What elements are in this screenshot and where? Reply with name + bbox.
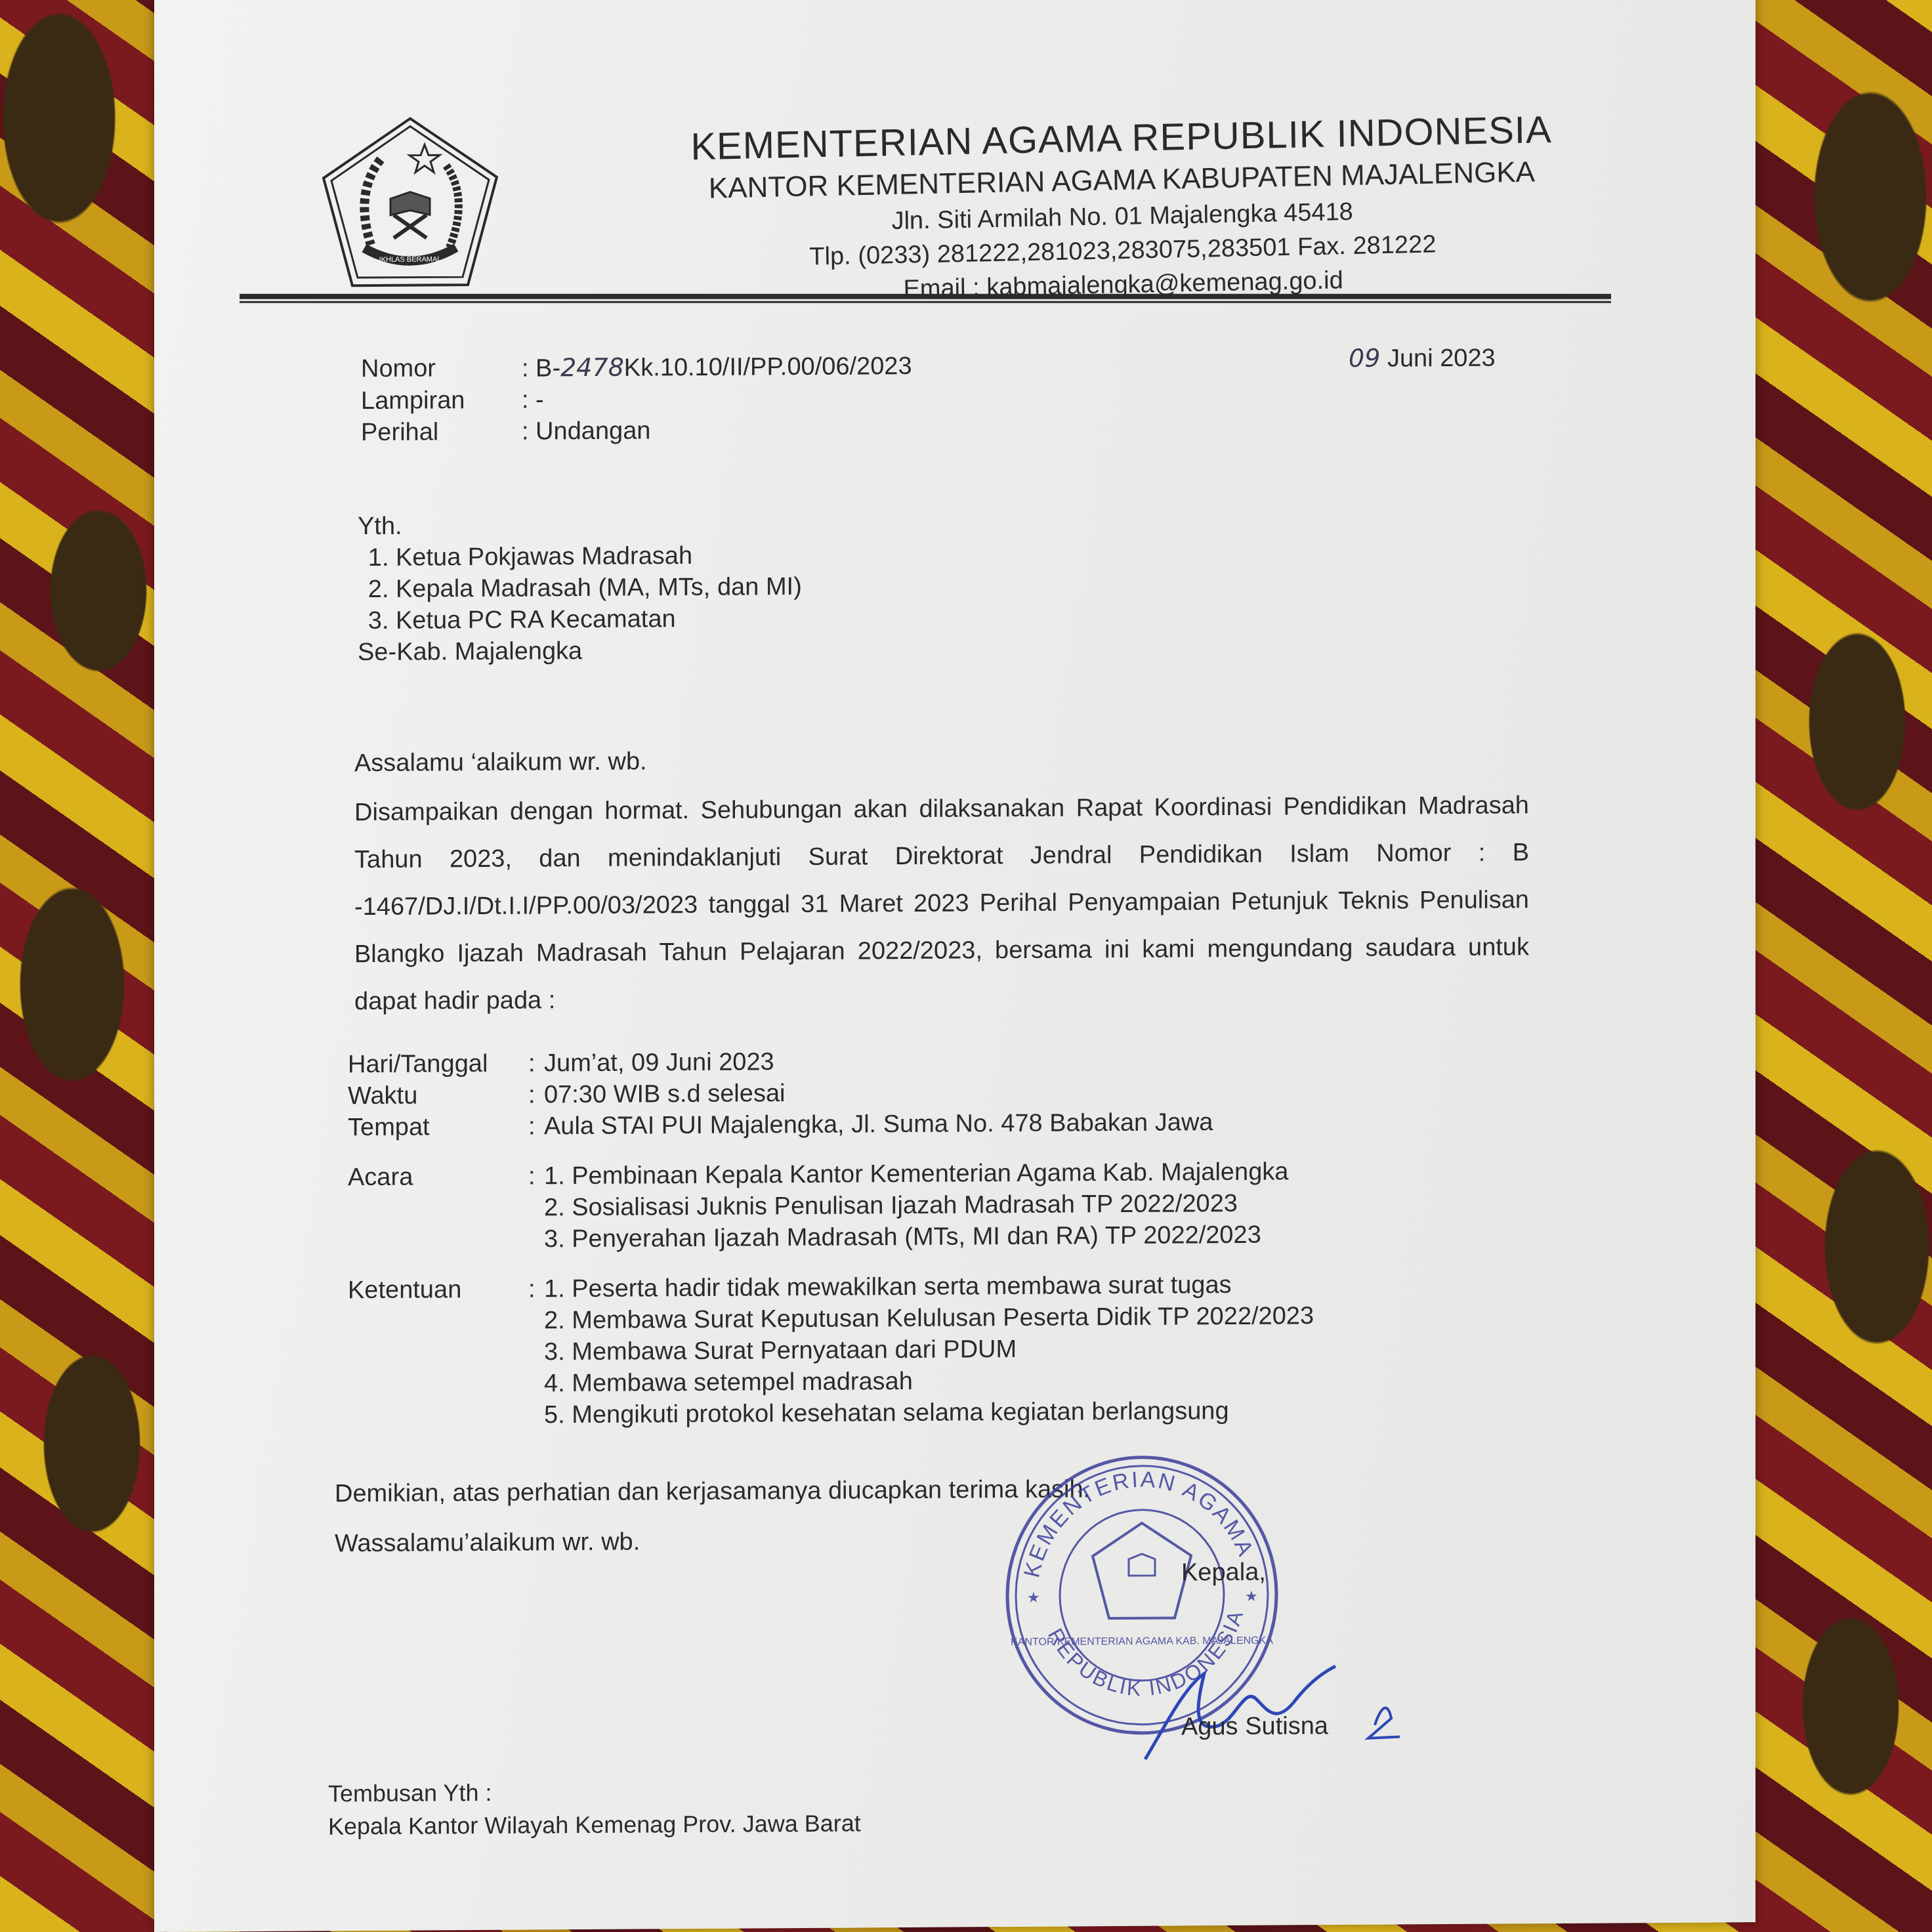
signer-name: Agus Sutisna xyxy=(1181,1712,1328,1741)
hari-value: Jum’at, 09 Juni 2023 xyxy=(544,1046,774,1079)
recipient-item: Kepala Madrasah (MA, MTs, dan MI) xyxy=(396,571,802,605)
body-paragraph: Disampaikan dengan hormat. Sehubungan ak… xyxy=(354,782,1529,1025)
recipient-item: Ketua PC RA Kecamatan xyxy=(396,602,802,637)
ketentuan-item: 1. Peserta hadir tidak mewakilkan serta … xyxy=(544,1269,1314,1305)
svg-text:IKHLAS BERAMAL: IKHLAS BERAMAL xyxy=(379,255,442,264)
ketentuan-row: Ketentuan : 1. Peserta hadir tidak mewak… xyxy=(348,1269,1314,1432)
handwritten-number: 2478 xyxy=(560,353,624,383)
nomor-row: Nomor : B-2478Kk.10.10/II/PP.00/06/2023 xyxy=(361,350,912,385)
closing-farewell: Wassalamu’alaikum wr. wb. xyxy=(335,1514,1090,1568)
nomor-label: Nomor xyxy=(361,352,522,385)
letterhead: KEMENTERIAN AGAMA REPUBLIK INDONESIA KAN… xyxy=(579,104,1665,312)
nomor-value: : B-2478Kk.10.10/II/PP.00/06/2023 xyxy=(522,350,912,385)
acara-item: 2. Sosialisasi Juknis Penulisan Ijazah M… xyxy=(544,1187,1288,1223)
carbon-copy-recipient: Kepala Kantor Wilayah Kemenag Prov. Jawa… xyxy=(328,1807,861,1843)
handwritten-signature-icon xyxy=(1125,1646,1401,1766)
lampiran-row: Lampiran : - xyxy=(361,382,912,417)
perihal-label: Perihal xyxy=(361,416,522,448)
acara-item: 3. Penyerahan Ijazah Madrasah (MTs, MI d… xyxy=(544,1219,1288,1255)
letter-date: 09 Juni 2023 xyxy=(1349,343,1496,373)
kemenag-emblem-icon: IKHLAS BERAMAL xyxy=(318,113,502,295)
recipient-item: Ketua Pokjawas Madrasah xyxy=(396,539,802,574)
svg-text:KANTOR KEMENTERIAN AGAMA KAB.: KANTOR KEMENTERIAN AGAMA KAB. MAJALENGKA xyxy=(1011,1635,1273,1648)
svg-text:★: ★ xyxy=(1245,1588,1258,1605)
ketentuan-list: 1. Peserta hadir tidak mewakilkan serta … xyxy=(544,1269,1314,1431)
tempat-value: Aula STAI PUI Majalengka, Jl. Suma No. 4… xyxy=(544,1106,1213,1142)
closing: Demikian, atas perhatian dan kerjasamany… xyxy=(335,1464,1090,1568)
closing-thanks: Demikian, atas perhatian dan kerjasamany… xyxy=(335,1464,1090,1519)
letter-paper: IKHLAS BERAMAL KEMENTERIAN AGAMA REPUBLI… xyxy=(154,0,1755,1932)
recipient-salutation: Yth. xyxy=(358,508,802,542)
ketentuan-item: 2. Membawa Surat Keputusan Kelulusan Pes… xyxy=(544,1300,1314,1336)
carbon-copy-label: Tembusan Yth : xyxy=(328,1774,861,1810)
acara-row: Acara : 1. Pembinaan Kepala Kantor Kemen… xyxy=(348,1156,1314,1256)
recipient-region: Se-Kab. Majalengka xyxy=(358,634,802,668)
ketentuan-item: 3. Membawa Surat Pernyataan dari PDUM xyxy=(544,1332,1314,1368)
event-details: Hari/Tanggal : Jum’at, 09 Juni 2023 Wakt… xyxy=(348,1043,1314,1432)
greeting: Assalamu ‘alaikum wr. wb. xyxy=(354,740,1529,780)
carbon-copy: Tembusan Yth : Kepala Kantor Wilayah Kem… xyxy=(328,1774,861,1843)
signer-title: Kepala, xyxy=(1181,1559,1266,1587)
perihal-row: Perihal : Undangan xyxy=(361,413,912,448)
letter-meta: Nomor : B-2478Kk.10.10/II/PP.00/06/2023 … xyxy=(361,350,912,448)
lampiran-value: : - xyxy=(522,384,544,415)
ketentuan-item: 5. Mengikuti protokol kesehatan selama k… xyxy=(544,1395,1314,1431)
perihal-value: : Undangan xyxy=(522,415,651,447)
waktu-value: 07:30 WIB s.d selesai xyxy=(544,1078,786,1110)
recipient-list: Ketua Pokjawas Madrasah Kepala Madrasah … xyxy=(358,539,802,637)
acara-item: 1. Pembinaan Kepala Kantor Kementerian A… xyxy=(544,1156,1288,1192)
ketentuan-item: 4. Membawa setempel madrasah xyxy=(544,1363,1314,1399)
letterhead-divider xyxy=(240,294,1611,303)
acara-list: 1. Pembinaan Kepala Kantor Kementerian A… xyxy=(544,1156,1288,1255)
svg-text:★: ★ xyxy=(1027,1589,1040,1606)
letter-body: Assalamu ‘alaikum wr. wb. Disampaikan de… xyxy=(354,740,1529,1025)
lampiran-label: Lampiran xyxy=(361,385,522,417)
tempat-row: Tempat : Aula STAI PUI Majalengka, Jl. S… xyxy=(348,1106,1314,1143)
recipients: Yth. Ketua Pokjawas Madrasah Kepala Madr… xyxy=(358,508,802,668)
handwritten-day: 09 xyxy=(1349,344,1380,373)
